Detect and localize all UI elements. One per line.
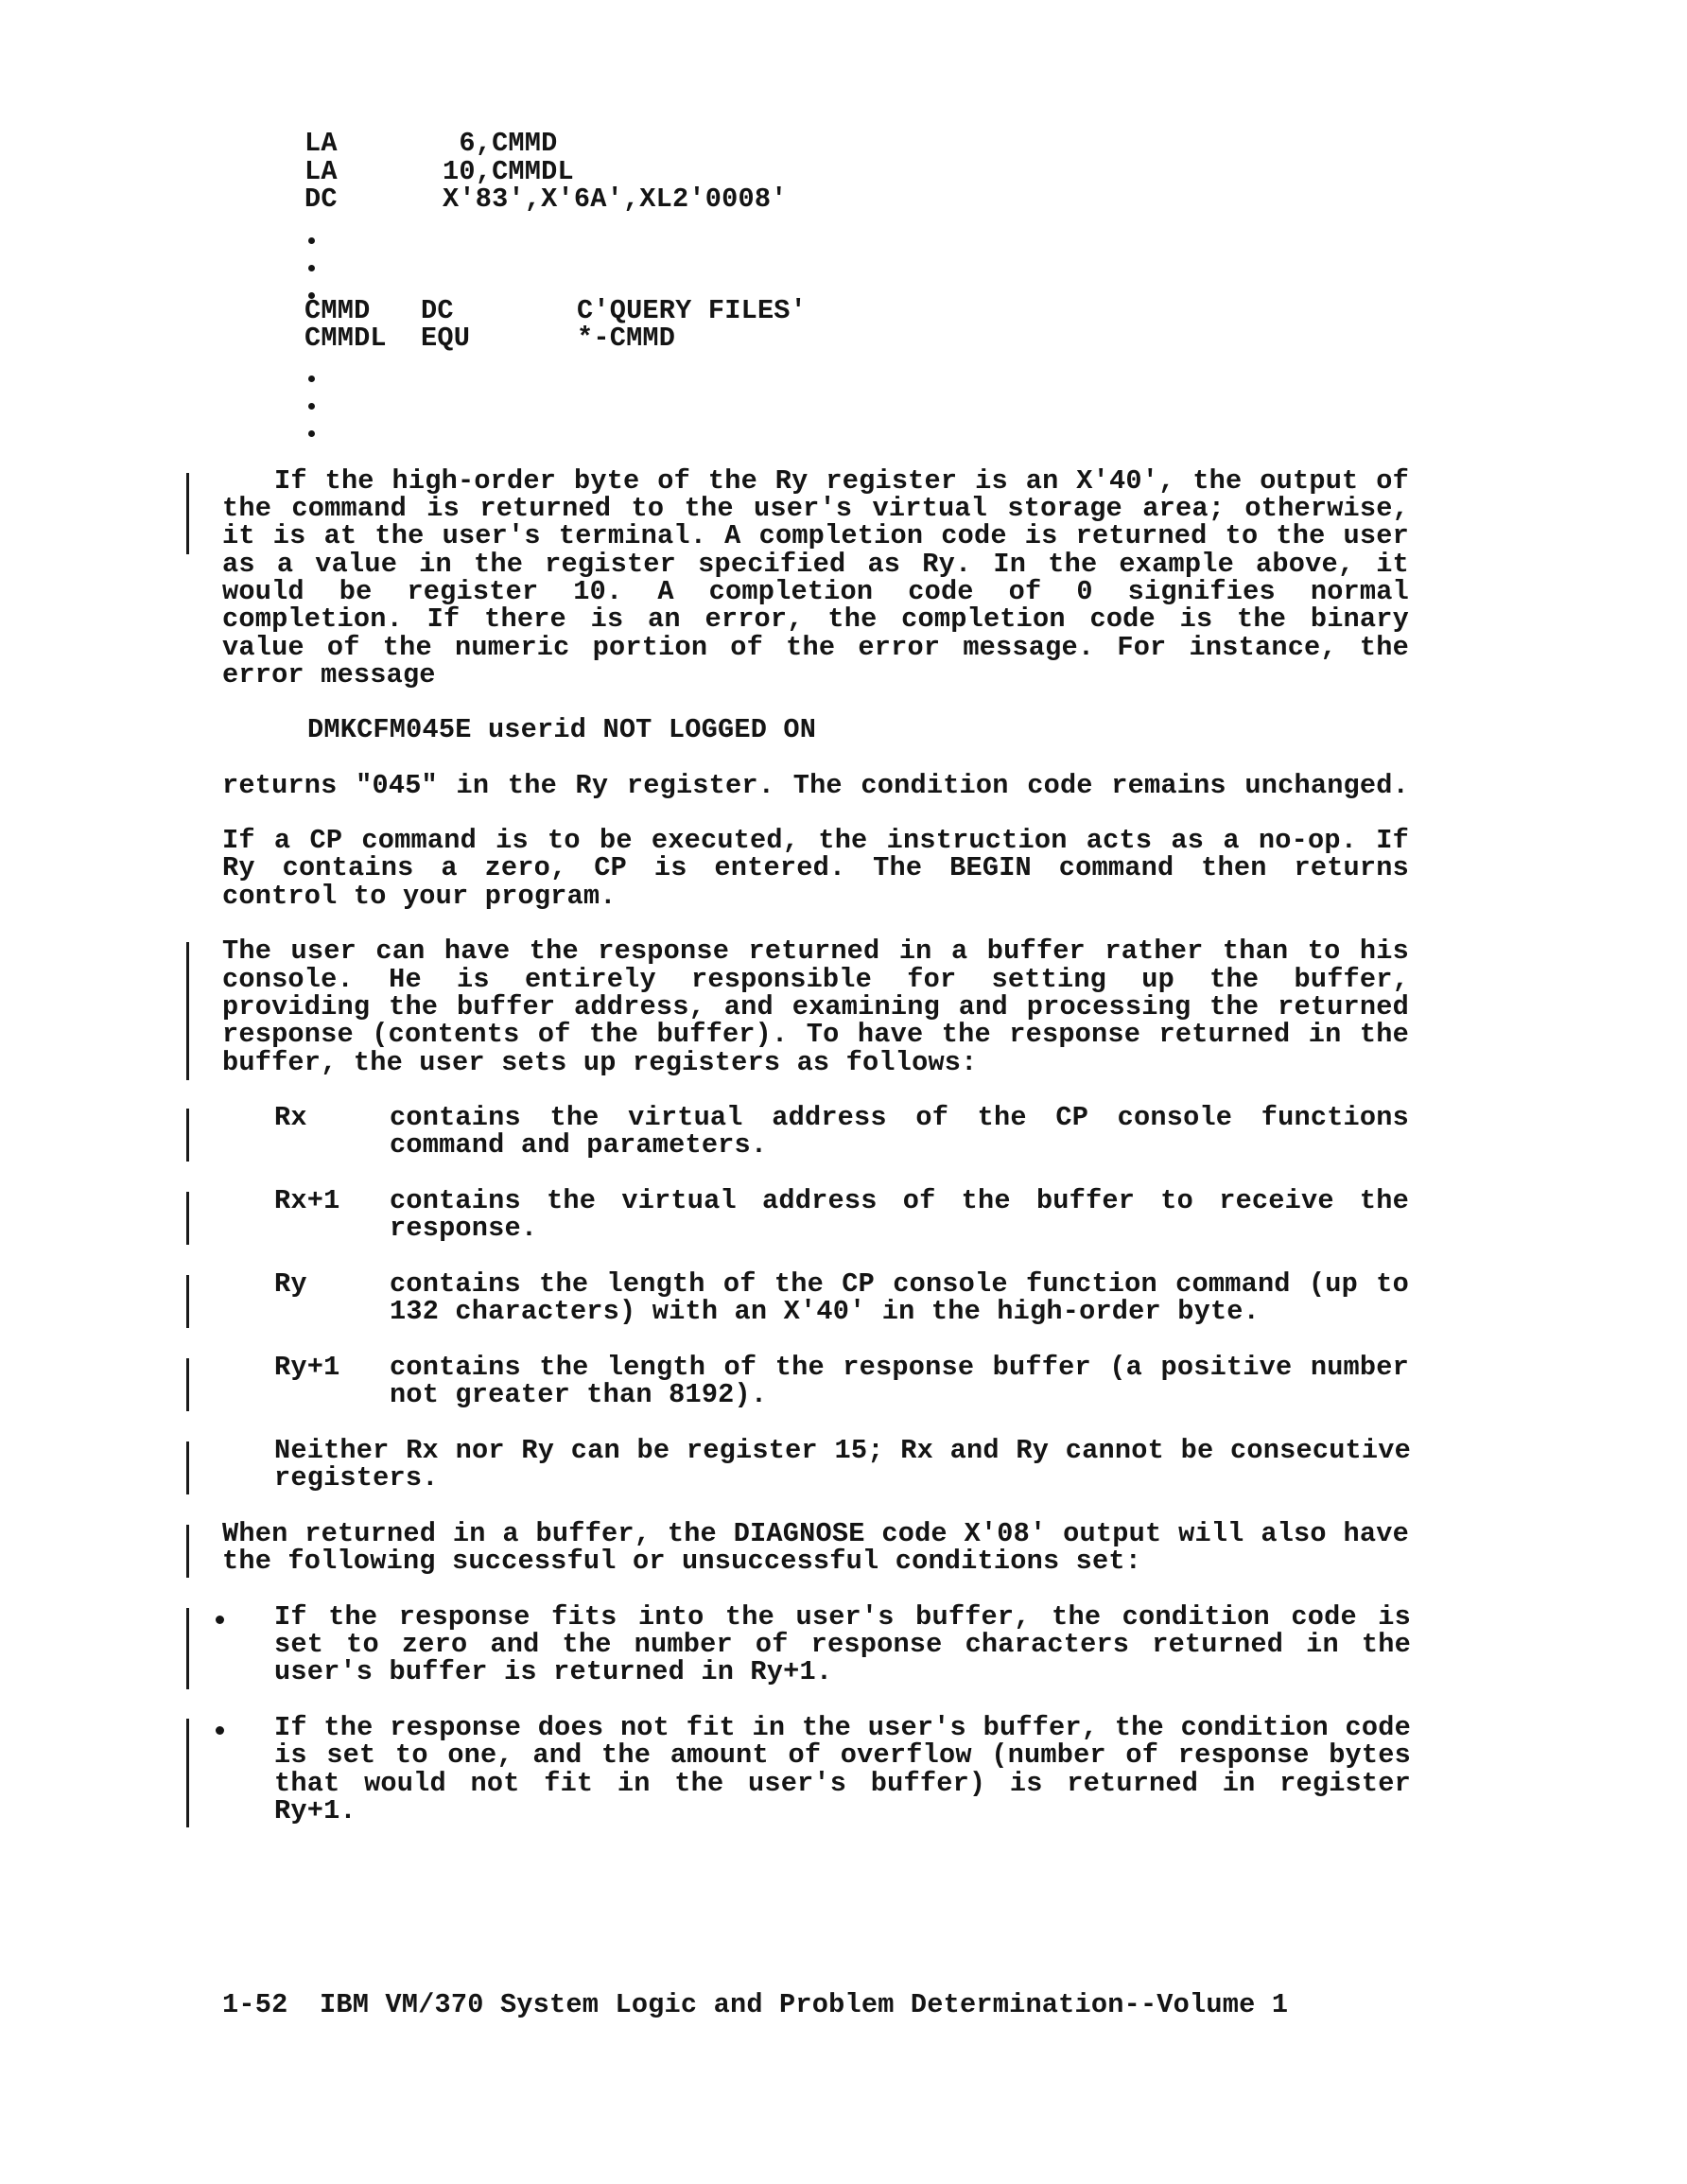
register-desc-line: command and parameters.	[390, 1131, 767, 1159]
code-operand: 10,CMMDL	[443, 158, 574, 185]
text-line: providing the buffer address, and examin…	[222, 993, 1409, 1021]
text-line: Neither Rx nor Ry can be register 15; Rx…	[274, 1437, 1411, 1464]
register-name: Ry+1	[274, 1354, 339, 1381]
bullet-line: is set to one, and the amount of overflo…	[274, 1741, 1411, 1769]
text-line: completion. If there is an error, the co…	[222, 605, 1409, 633]
revision-bar	[186, 1441, 189, 1494]
code-op: DC	[304, 185, 338, 213]
bullet-line: set to zero and the number of response c…	[274, 1631, 1411, 1658]
code-operand: *-CMMD	[577, 324, 675, 352]
revision-bar	[186, 1192, 189, 1245]
text-line: would be register 10. A completion code …	[222, 578, 1409, 605]
text-line: If the high-order byte of the Ry registe…	[274, 467, 1409, 495]
bullet-line: user's buffer is returned in Ry+1.	[274, 1658, 832, 1686]
text-line: control to your program.	[222, 882, 617, 910]
ellipsis-dot	[308, 430, 315, 437]
bullet-line: If the response does not fit in the user…	[274, 1714, 1411, 1741]
code-operand: X'83',X'6A',XL2'0008'	[443, 185, 788, 213]
revision-bar	[186, 1608, 189, 1689]
text-line: When returned in a buffer, the DIAGNOSE …	[222, 1520, 1409, 1547]
revision-bar	[186, 1275, 189, 1328]
text-line: the following successful or unsuccessful…	[222, 1547, 1141, 1575]
ellipsis-dot	[308, 403, 315, 410]
text-line: If a CP command is to be executed, the i…	[222, 827, 1409, 854]
text-line: registers.	[274, 1464, 439, 1492]
revision-bar	[186, 1719, 189, 1827]
revision-bar	[186, 1358, 189, 1411]
revision-bar	[186, 1525, 189, 1578]
bullet-icon	[216, 1616, 224, 1624]
paragraph-returns: returns "045" in the Ry register. The co…	[222, 772, 1409, 799]
text-line: The user can have the response returned …	[222, 937, 1409, 965]
code-label: CMMD	[304, 297, 370, 324]
document-page: LA 6,CMMD LA 10,CMMDL DC X'83',X'6A',XL2…	[0, 0, 1687, 2184]
text-line: value of the numeric portion of the erro…	[222, 634, 1409, 661]
code-op: LA	[304, 130, 338, 157]
ellipsis-dot	[308, 265, 315, 271]
text-line: Ry contains a zero, CP is entered. The B…	[222, 854, 1409, 882]
register-desc-line: 132 characters) with an X'40' in the hig…	[390, 1298, 1260, 1325]
revision-bar	[186, 1109, 189, 1162]
bullet-line: If the response fits into the user's buf…	[274, 1603, 1411, 1631]
footer-title: IBM VM/370 System Logic and Problem Dete…	[320, 1991, 1288, 2018]
register-name: Ry	[274, 1270, 307, 1298]
register-name: Rx	[274, 1104, 307, 1131]
text-line: response (contents of the buffer). To ha…	[222, 1021, 1409, 1048]
code-label: CMMDL	[304, 324, 387, 352]
text-line: it is at the user's terminal. A completi…	[222, 522, 1409, 550]
text-line: as a value in the register specified as …	[222, 550, 1409, 578]
code-op: DC	[421, 297, 454, 324]
register-desc-line: contains the virtual address of the CP c…	[390, 1104, 1409, 1131]
text-line: buffer, the user sets up registers as fo…	[222, 1049, 978, 1076]
register-desc-line: contains the length of the response buff…	[390, 1354, 1409, 1381]
bullet-line: that would not fit in the user's buffer)…	[274, 1770, 1411, 1797]
error-message-example: DMKCFM045E userid NOT LOGGED ON	[307, 716, 816, 743]
bullet-line: Ry+1.	[274, 1797, 357, 1825]
text-line: error message	[222, 661, 436, 689]
code-op: EQU	[421, 324, 470, 352]
register-desc-line: not greater than 8192).	[390, 1381, 767, 1408]
page-number: 1-52	[222, 1991, 287, 2018]
register-desc-line: contains the virtual address of the buff…	[390, 1187, 1409, 1214]
bullet-icon	[216, 1726, 224, 1735]
code-operand: 6,CMMD	[443, 130, 558, 157]
register-desc-line: response.	[390, 1214, 537, 1242]
register-name: Rx+1	[274, 1187, 339, 1214]
ellipsis-dot	[308, 376, 315, 382]
code-operand: C'QUERY FILES'	[577, 297, 807, 324]
revision-bar	[186, 942, 189, 1080]
register-desc-line: contains the length of the CP console fu…	[390, 1270, 1409, 1298]
ellipsis-dot	[308, 237, 315, 244]
revision-bar	[186, 473, 189, 554]
code-op: LA	[304, 158, 338, 185]
text-line: console. He is entirely responsible for …	[222, 966, 1409, 993]
text-line: the command is returned to the user's vi…	[222, 495, 1409, 522]
